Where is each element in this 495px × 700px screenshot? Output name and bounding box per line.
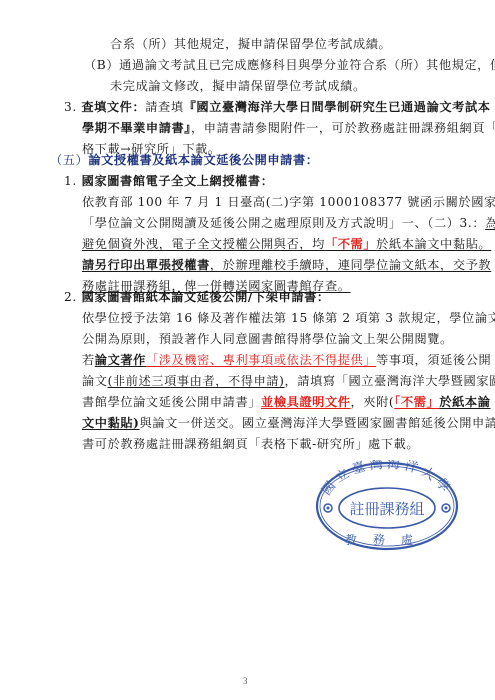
section-label: （五） (50, 153, 88, 167)
form-title-end: 學期不畢業申請書』 (82, 121, 191, 135)
item-text: ，申請書請參閱附件一，可於教務處註冊課務組網頁「表 (191, 121, 495, 135)
bold-underlined-text: 文中黏貼) (82, 416, 140, 430)
text-line: 學期不畢業申請書』，申請書請參閱附件一，可於教務處註冊課務組網頁「表 (82, 120, 495, 136)
underlined-text: (非前述三項事由者，不得申請) (108, 374, 285, 388)
bold-underlined-text: 論文著作 (95, 353, 146, 367)
section-heading: （五）論文授權書及紙本論文延後公開申請書： (50, 152, 319, 168)
item-number: 2. (64, 290, 77, 304)
text: ，請填寫「國立臺灣海洋大學暨國家圖 (285, 374, 495, 388)
restriction-reasons: 「涉及機密、專利事項或依法不得提供」 (146, 353, 376, 367)
text-line: 未完成論文修改，擬申請保留學位考試成績。 (110, 78, 366, 94)
not-required-highlight: 「不需」 (394, 395, 439, 409)
item-3: 3. 查填文件：請查填『國立臺灣海洋大學日間學制研究生已通過論文考試本 (64, 99, 491, 115)
underlined-text: ，於辦理離校手續時，連同學位論文紙本，交予教 (210, 258, 491, 272)
item-text: 請查填 (145, 100, 183, 114)
item-label: 查填文件： (81, 100, 145, 114)
proof-documents-highlight: 並檢具證明文件 (261, 395, 351, 409)
text-line-option-b: （B）通過論文考試且已完成應修科目與學分並符合系（所）其他規定，但 (84, 57, 495, 73)
text: 書館學位論文延後公開申請書」 (82, 395, 261, 409)
item-1-heading: 1. 國家圖書館電子全文上網授權書： (64, 173, 273, 189)
paragraph-line: 避免個資外洩，電子全文授權公開與否，均「不需」於紙本論文中黏貼。 (82, 236, 491, 252)
paragraph-line: 文中黏貼)與論文一併送交。國立臺灣海洋大學暨國家圖書館延後公開申請 (82, 415, 495, 431)
form-title: 『國立臺灣海洋大學日間學制研究生已通過論文考試本 (184, 100, 491, 114)
underlined-text: 為 (485, 216, 495, 230)
underlined-text: 避免個資外洩，電子全文授權公開與否，均 (82, 237, 325, 251)
paragraph-line: 若論文著作「涉及機密、專利事項或依法不得提供」等事項，須延後公開 (82, 352, 491, 368)
text-line: 合系（所）其他規定，擬申請保留學位考試成績。 (110, 36, 391, 52)
text: 與論文一併送交。國立臺灣海洋大學暨國家圖書館延後公開申請 (140, 416, 495, 430)
item-number: 3. (64, 100, 77, 114)
bold-instruction: 請另行印出單張授權書 (82, 258, 210, 272)
seal-bottom-text: 教務處 (345, 532, 429, 547)
item-number: 1. (64, 174, 77, 188)
seal-icon: 國立臺灣海洋大學 註冊課務組 教務處 (313, 460, 461, 552)
text: ，夾附( (351, 395, 395, 409)
paragraph-line: 請另行印出單張授權書，於辦理離校手續時，連同學位論文紙本，交予教 (82, 257, 491, 273)
text: 等事項，須延後公開 (376, 353, 491, 367)
page-number: 3 (243, 676, 248, 686)
seal-center-text: 註冊課務組 (349, 500, 424, 518)
item-2-heading: 2. 國家圖書館紙本論文延後公開/下架申請書： (64, 289, 330, 305)
paragraph-line: 論文(非前述三項事由者，不得申請)，請填寫「國立臺灣海洋大學暨國家圖 (82, 373, 495, 389)
text: 論文 (82, 374, 108, 388)
section-title: 論文授權書及紙本論文延後公開申請書： (88, 153, 318, 167)
text: 若 (82, 353, 95, 367)
paragraph-line: 依教育部 100 年 7 月 1 日臺高(二)字第 1000108377 號函示… (82, 194, 495, 210)
text: 「學位論文公開閱讀及延後公開之處理原則及方式說明」一、（二）3.： (82, 216, 485, 230)
item-title: 國家圖書館紙本論文延後公開/下架申請書： (82, 290, 330, 304)
paragraph-line: 「學位論文公開閱讀及延後公開之處理原則及方式說明」一、（二）3.：為 (82, 215, 495, 231)
underlined-text: 於紙本論文中黏貼。 (376, 237, 491, 251)
item-title: 國家圖書館電子全文上網授權書： (82, 174, 274, 188)
not-required-highlight: 「不需」 (325, 237, 376, 251)
paragraph-line: 依學位授予法第 16 條及著作權法第 15 條第 2 項第 3 款規定，學位論文… (82, 310, 495, 326)
paragraph-line: 書館學位論文延後公開申請書」並檢具證明文件，夾附(「不需」於紙本論 (82, 394, 490, 410)
bold-underlined-text: 於紙本論 (439, 395, 490, 409)
paragraph-line: 書可於教務處註冊課務組網頁「表格下載-研究所」處下載。 (82, 436, 419, 452)
paragraph-line: 公開為原則，預設著作人同意圖書館得將學位論文上架公開閱覽。 (82, 331, 453, 347)
official-seal-stamp: 國立臺灣海洋大學 註冊課務組 教務處 (313, 460, 461, 552)
